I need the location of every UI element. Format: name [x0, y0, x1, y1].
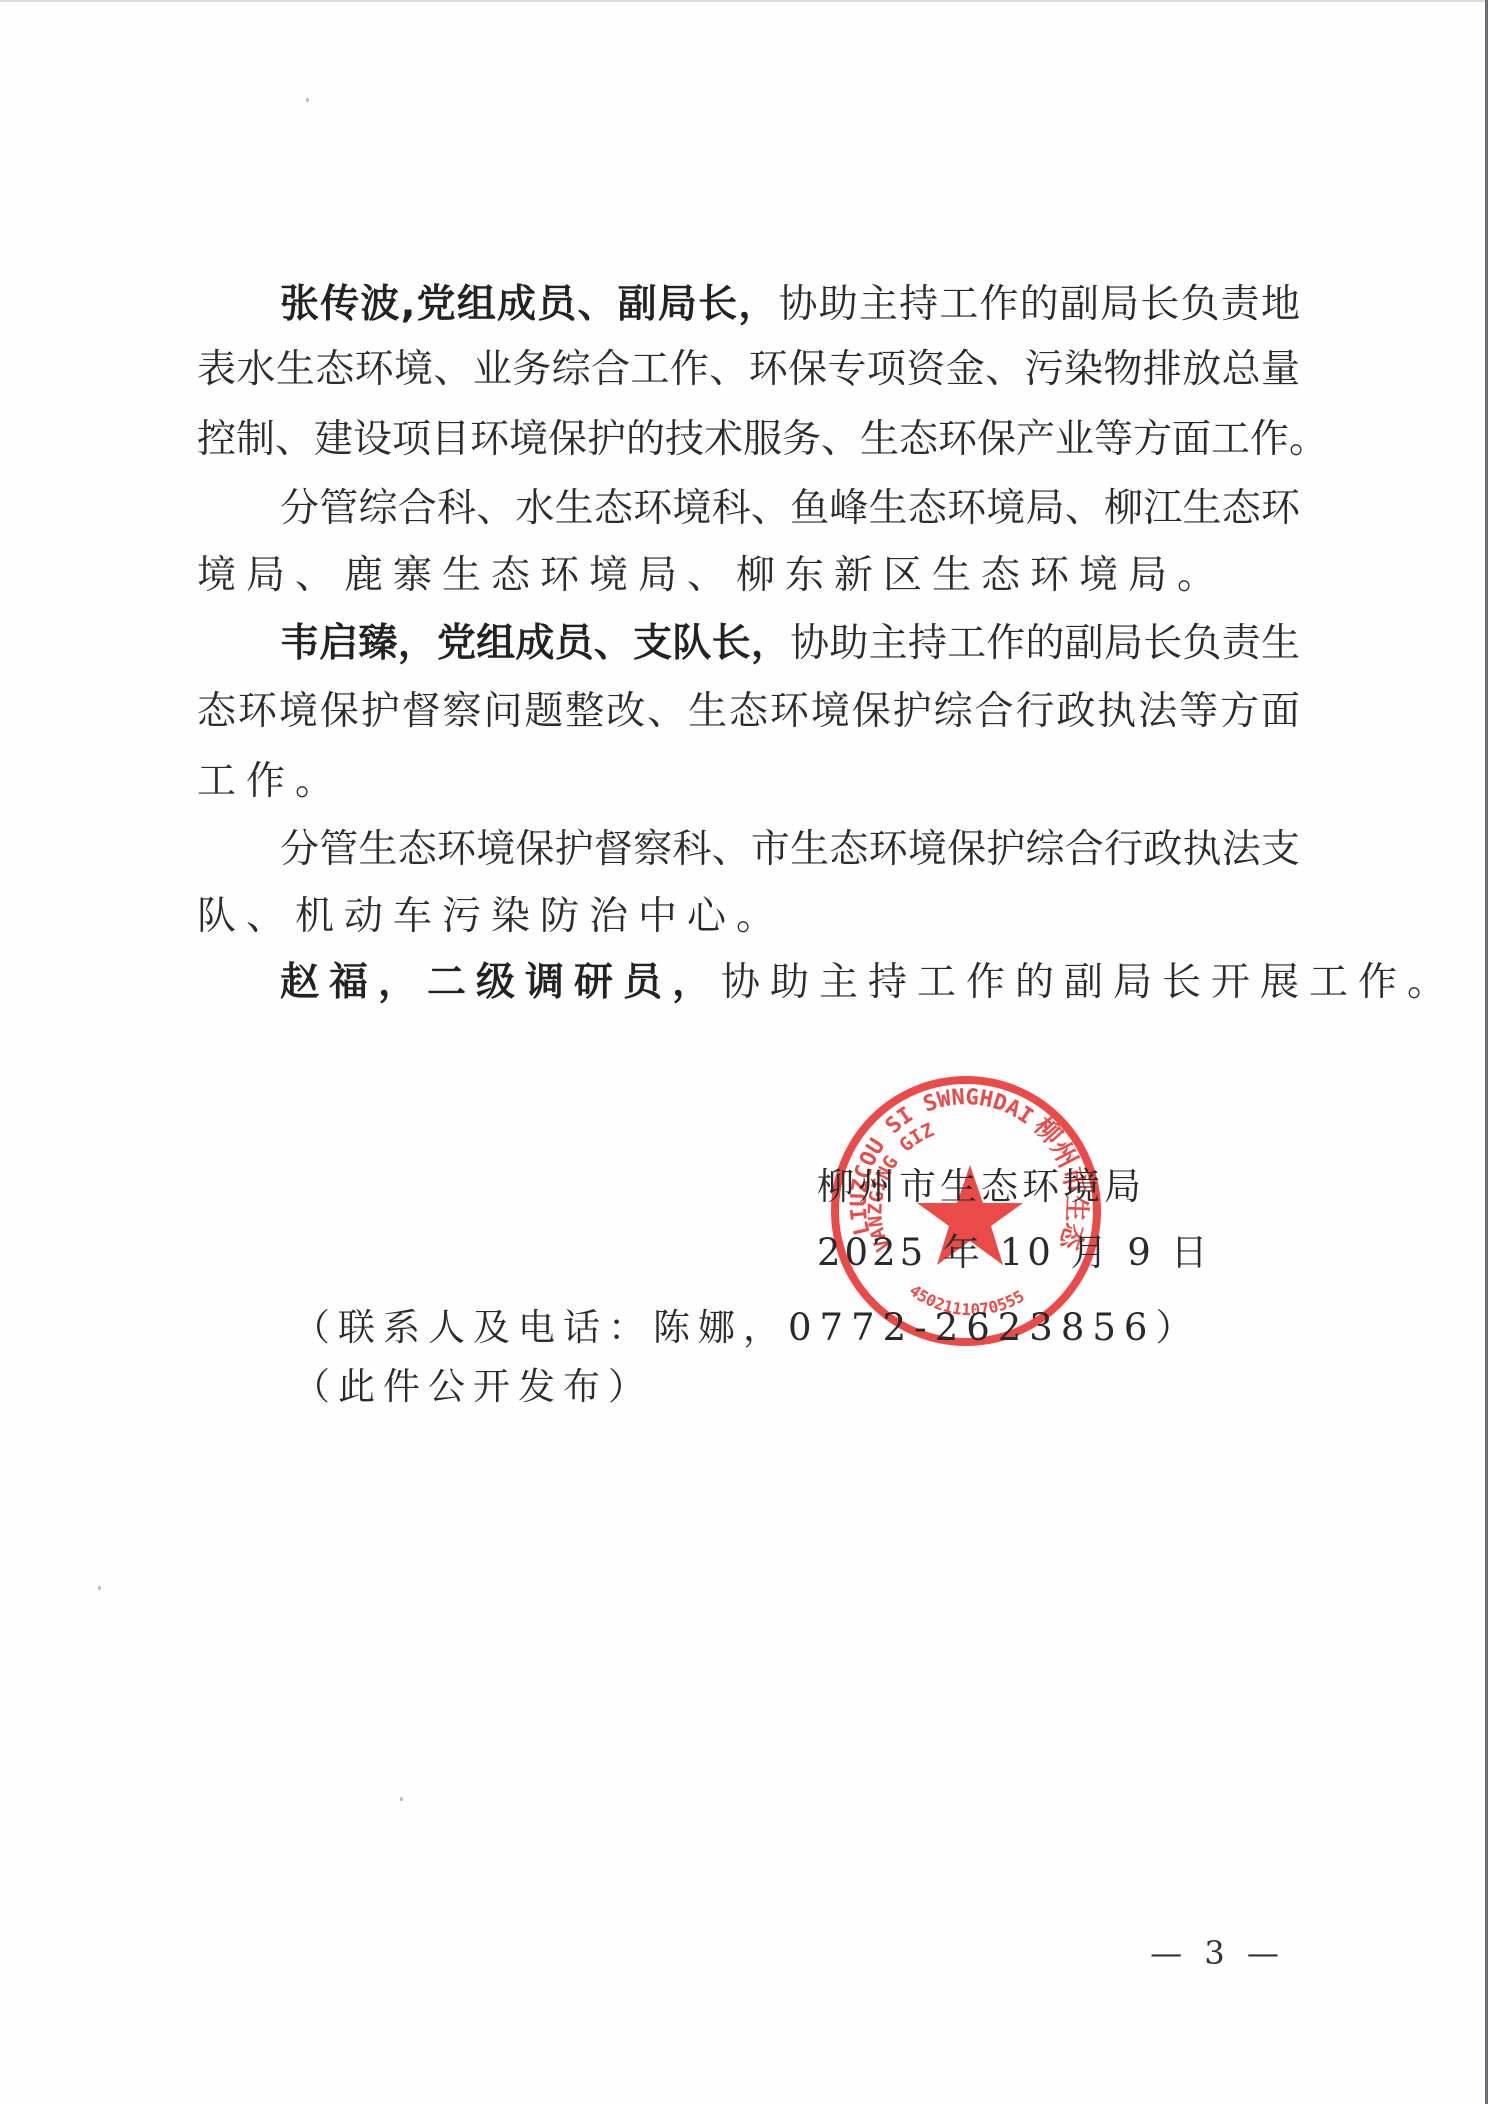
- page-number: — 3 —: [1150, 1932, 1285, 1974]
- paragraph-2-line-1: 分管综合科、水生态环境科、鱼峰生态环境局、柳江生态环: [280, 484, 1300, 534]
- paragraph-1-line-2: 表水生态环境、业务综合工作、环保专项资金、污染物排放总量: [197, 345, 1300, 395]
- paragraph-3-line-2: 态环境保护督察问题整改、生态环境保护综合行政执法等方面: [197, 687, 1300, 737]
- person-title-bold: 张传波,党组成员、副局长，: [280, 282, 779, 327]
- line-text: 协助主持工作的副局长负责地: [779, 282, 1300, 327]
- paragraph-4-line-1: 分管生态环境保护督察科、市生态环境保护综合行政执法支: [280, 825, 1300, 875]
- contact-info: （联系人及电话：陈娜，0772-2623856）: [293, 1305, 1200, 1351]
- publication-note: （此件公开发布）: [293, 1364, 653, 1410]
- paragraph-1-line-3: 控制、建设项目环境保护的技术服务、生态环保产业等方面工作。: [197, 415, 1300, 465]
- line-text: 协助主持工作的副局长负责生: [790, 621, 1300, 666]
- scan-speck: [400, 1797, 403, 1801]
- person-title-bold: 赵福，二级调研员，: [280, 960, 721, 1005]
- paragraph-3-line-3: 工作。: [197, 757, 344, 807]
- paragraph-3-line-1: 韦启臻，党组成员、支队长，协助主持工作的副局长负责生: [280, 619, 1300, 669]
- line-text: 协助主持工作的副局长开展工作。: [721, 960, 1456, 1005]
- person-title-bold: 韦启臻，党组成员、支队长，: [280, 621, 790, 666]
- document-page: 张传波,党组成员、副局长，协助主持工作的副局长负责地 表水生态环境、业务综合工作…: [0, 0, 1488, 2104]
- paragraph-4-line-2: 队、机动车污染防治中心。: [197, 892, 785, 942]
- signature-organization: 柳州市生态环境局: [817, 1164, 1145, 1210]
- paragraph-2-line-2: 境局、鹿寨生态环境局、柳东新区生态环境局。: [197, 551, 1226, 601]
- scan-edge-top: [0, 0, 1488, 2]
- paragraph-1-line-1: 张传波,党组成员、副局长，协助主持工作的副局长负责地: [280, 280, 1300, 330]
- signature-date: 2025 年 10 月 9 日: [817, 1230, 1212, 1276]
- scan-speck: [98, 1586, 101, 1590]
- scan-speck: [306, 98, 309, 102]
- paragraph-5-line-1: 赵福，二级调研员，协助主持工作的副局长开展工作。: [280, 958, 1456, 1008]
